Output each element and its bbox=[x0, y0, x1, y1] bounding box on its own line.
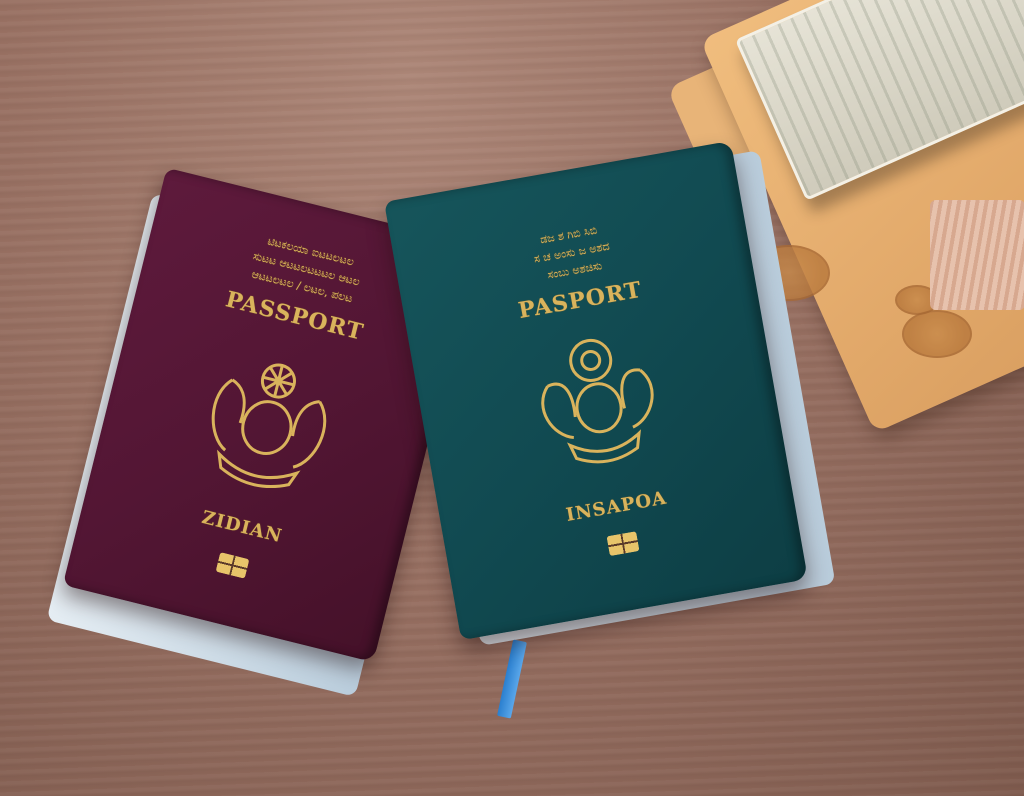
seal-stamp bbox=[902, 310, 972, 358]
biometric-chip-icon bbox=[606, 531, 639, 556]
coat-of-arms-icon bbox=[511, 316, 685, 490]
banknote-pink bbox=[930, 200, 1024, 310]
biometric-chip-icon bbox=[216, 552, 250, 579]
coat-of-arms-icon bbox=[177, 334, 359, 516]
